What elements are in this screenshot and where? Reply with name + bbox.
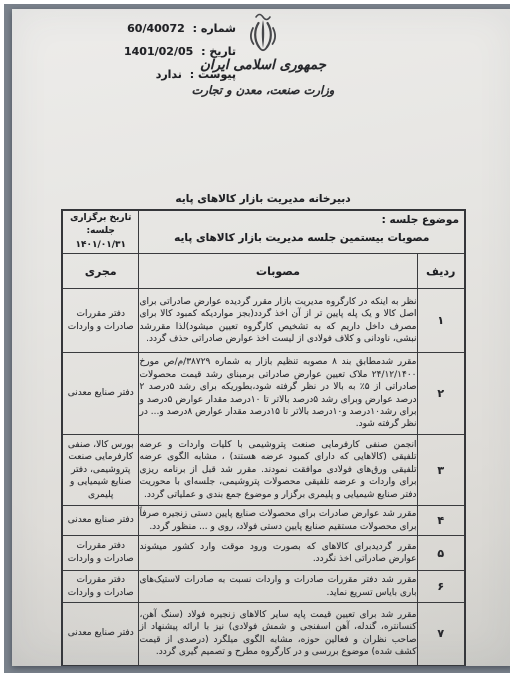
iran-national-emblem-icon (243, 10, 283, 60)
table-row: ۵ مقرر گردیدبرای کالاهای که بصورت ورود م… (62, 536, 465, 571)
subject-label: موضوع جلسه : (382, 214, 459, 226)
col-header-row-number: ردیف (417, 254, 465, 289)
letter-meta-block: شماره : 60/40072 تاریخ : 1401/02/05 پیوس… (40, 17, 236, 86)
letter-attachment-label: پیوست : (190, 68, 236, 81)
document-page: جمهوری اسلامی ایران وزارت صنعت، معدن و ت… (12, 9, 510, 666)
subject-cell: موضوع جلسه : مصوبات بیستمین جلسه مدیریت … (139, 210, 465, 254)
letter-attachment-value: ندارد (156, 68, 186, 81)
executor-text: دفتر صنایع معدنی (62, 603, 139, 666)
resolution-text: مقرر شد برای تعیین قیمت پایه سایر کالاها… (139, 603, 417, 666)
executor-text: دفتر مقررات صادرات و واردات (62, 536, 139, 571)
letter-date: تاریخ : 1401/02/05 (40, 40, 236, 63)
letter-number-label: شماره : (193, 22, 236, 35)
table-row: ۴ مقرر شد عوارض صادرات برای محصولات صنای… (62, 506, 465, 536)
row-number: ۶ (417, 571, 465, 603)
executor-text: دفتر مقررات صادرات و واردات (62, 289, 139, 353)
secretariat-title: دبیرخانه مدیریت بازار کالاهای پایه (12, 193, 510, 205)
executor-text: دفتر صنایع معدنی (62, 506, 139, 536)
resolution-text: مقرر شدمطابق بند ۸ مصوبه تنظیم بازار به … (139, 353, 417, 435)
col-header-resolutions: مصوبات (139, 254, 417, 289)
resolution-text: نظر به اینکه در کارگروه مدیریت بازار مقر… (139, 289, 417, 353)
letter-date-value: 1401/02/05 (124, 45, 197, 58)
resolutions-table: موضوع جلسه : مصوبات بیستمین جلسه مدیریت … (61, 209, 466, 666)
table-row: ۲ مقرر شدمطابق بند ۸ مصوبه تنظیم بازار ب… (62, 353, 465, 435)
executor-text: دفتر صنایع معدنی (62, 353, 139, 435)
resolution-text: انجمن صنفی کارفرمایی صنعت پتروشیمی با کل… (139, 435, 417, 506)
resolution-text: مقرر گردیدبرای کالاهای که بصورت ورود موق… (139, 536, 417, 571)
table-row: ۶ مقرر شد دفتر مقررات صادرات و واردات نس… (62, 571, 465, 603)
subject-row: موضوع جلسه : مصوبات بیستمین جلسه مدیریت … (62, 210, 465, 254)
col-header-executor: مجری (62, 254, 139, 289)
row-number: ۱ (417, 289, 465, 353)
row-number: ۲ (417, 353, 465, 435)
screenshot-root: { "colors": { "photo_background": "#7a82… (0, 0, 514, 677)
resolution-text: مقرر شد دفتر مقررات صادرات و واردات نسبت… (139, 571, 417, 603)
row-number: ۷ (417, 603, 465, 666)
executor-text: دفتر مقررات صادرات و واردات (62, 571, 139, 603)
column-header-row: ردیف مصوبات مجری (62, 254, 465, 289)
document-photo: جمهوری اسلامی ایران وزارت صنعت، معدن و ت… (4, 4, 510, 673)
row-number: ۴ (417, 506, 465, 536)
row-number: ۵ (417, 536, 465, 571)
table-row: ۷ مقرر شد برای تعیین قیمت پایه سایر کالا… (62, 603, 465, 666)
executor-text: بورس کالا، صنفی کارفرمایی صنعت پتروشیمی،… (62, 435, 139, 506)
table-row: ۱ نظر به اینکه در کارگروه مدیریت بازار م… (62, 289, 465, 353)
letter-attachment: پیوست : ندارد (40, 63, 236, 86)
table-row: ۳ انجمن صنفی کارفرمایی صنعت پتروشیمی با … (62, 435, 465, 506)
row-number: ۳ (417, 435, 465, 506)
resolution-text: مقرر شد عوارض صادرات برای محصولات صنایع … (139, 506, 417, 536)
letter-number-value: 60/40072 (127, 22, 189, 35)
letter-number: شماره : 60/40072 (40, 17, 236, 40)
letter-date-label: تاریخ : (201, 45, 236, 58)
session-date-cell: تاریخ برگزاری جلسه: ۱۴۰۱/۰۱/۳۱ (62, 210, 139, 254)
